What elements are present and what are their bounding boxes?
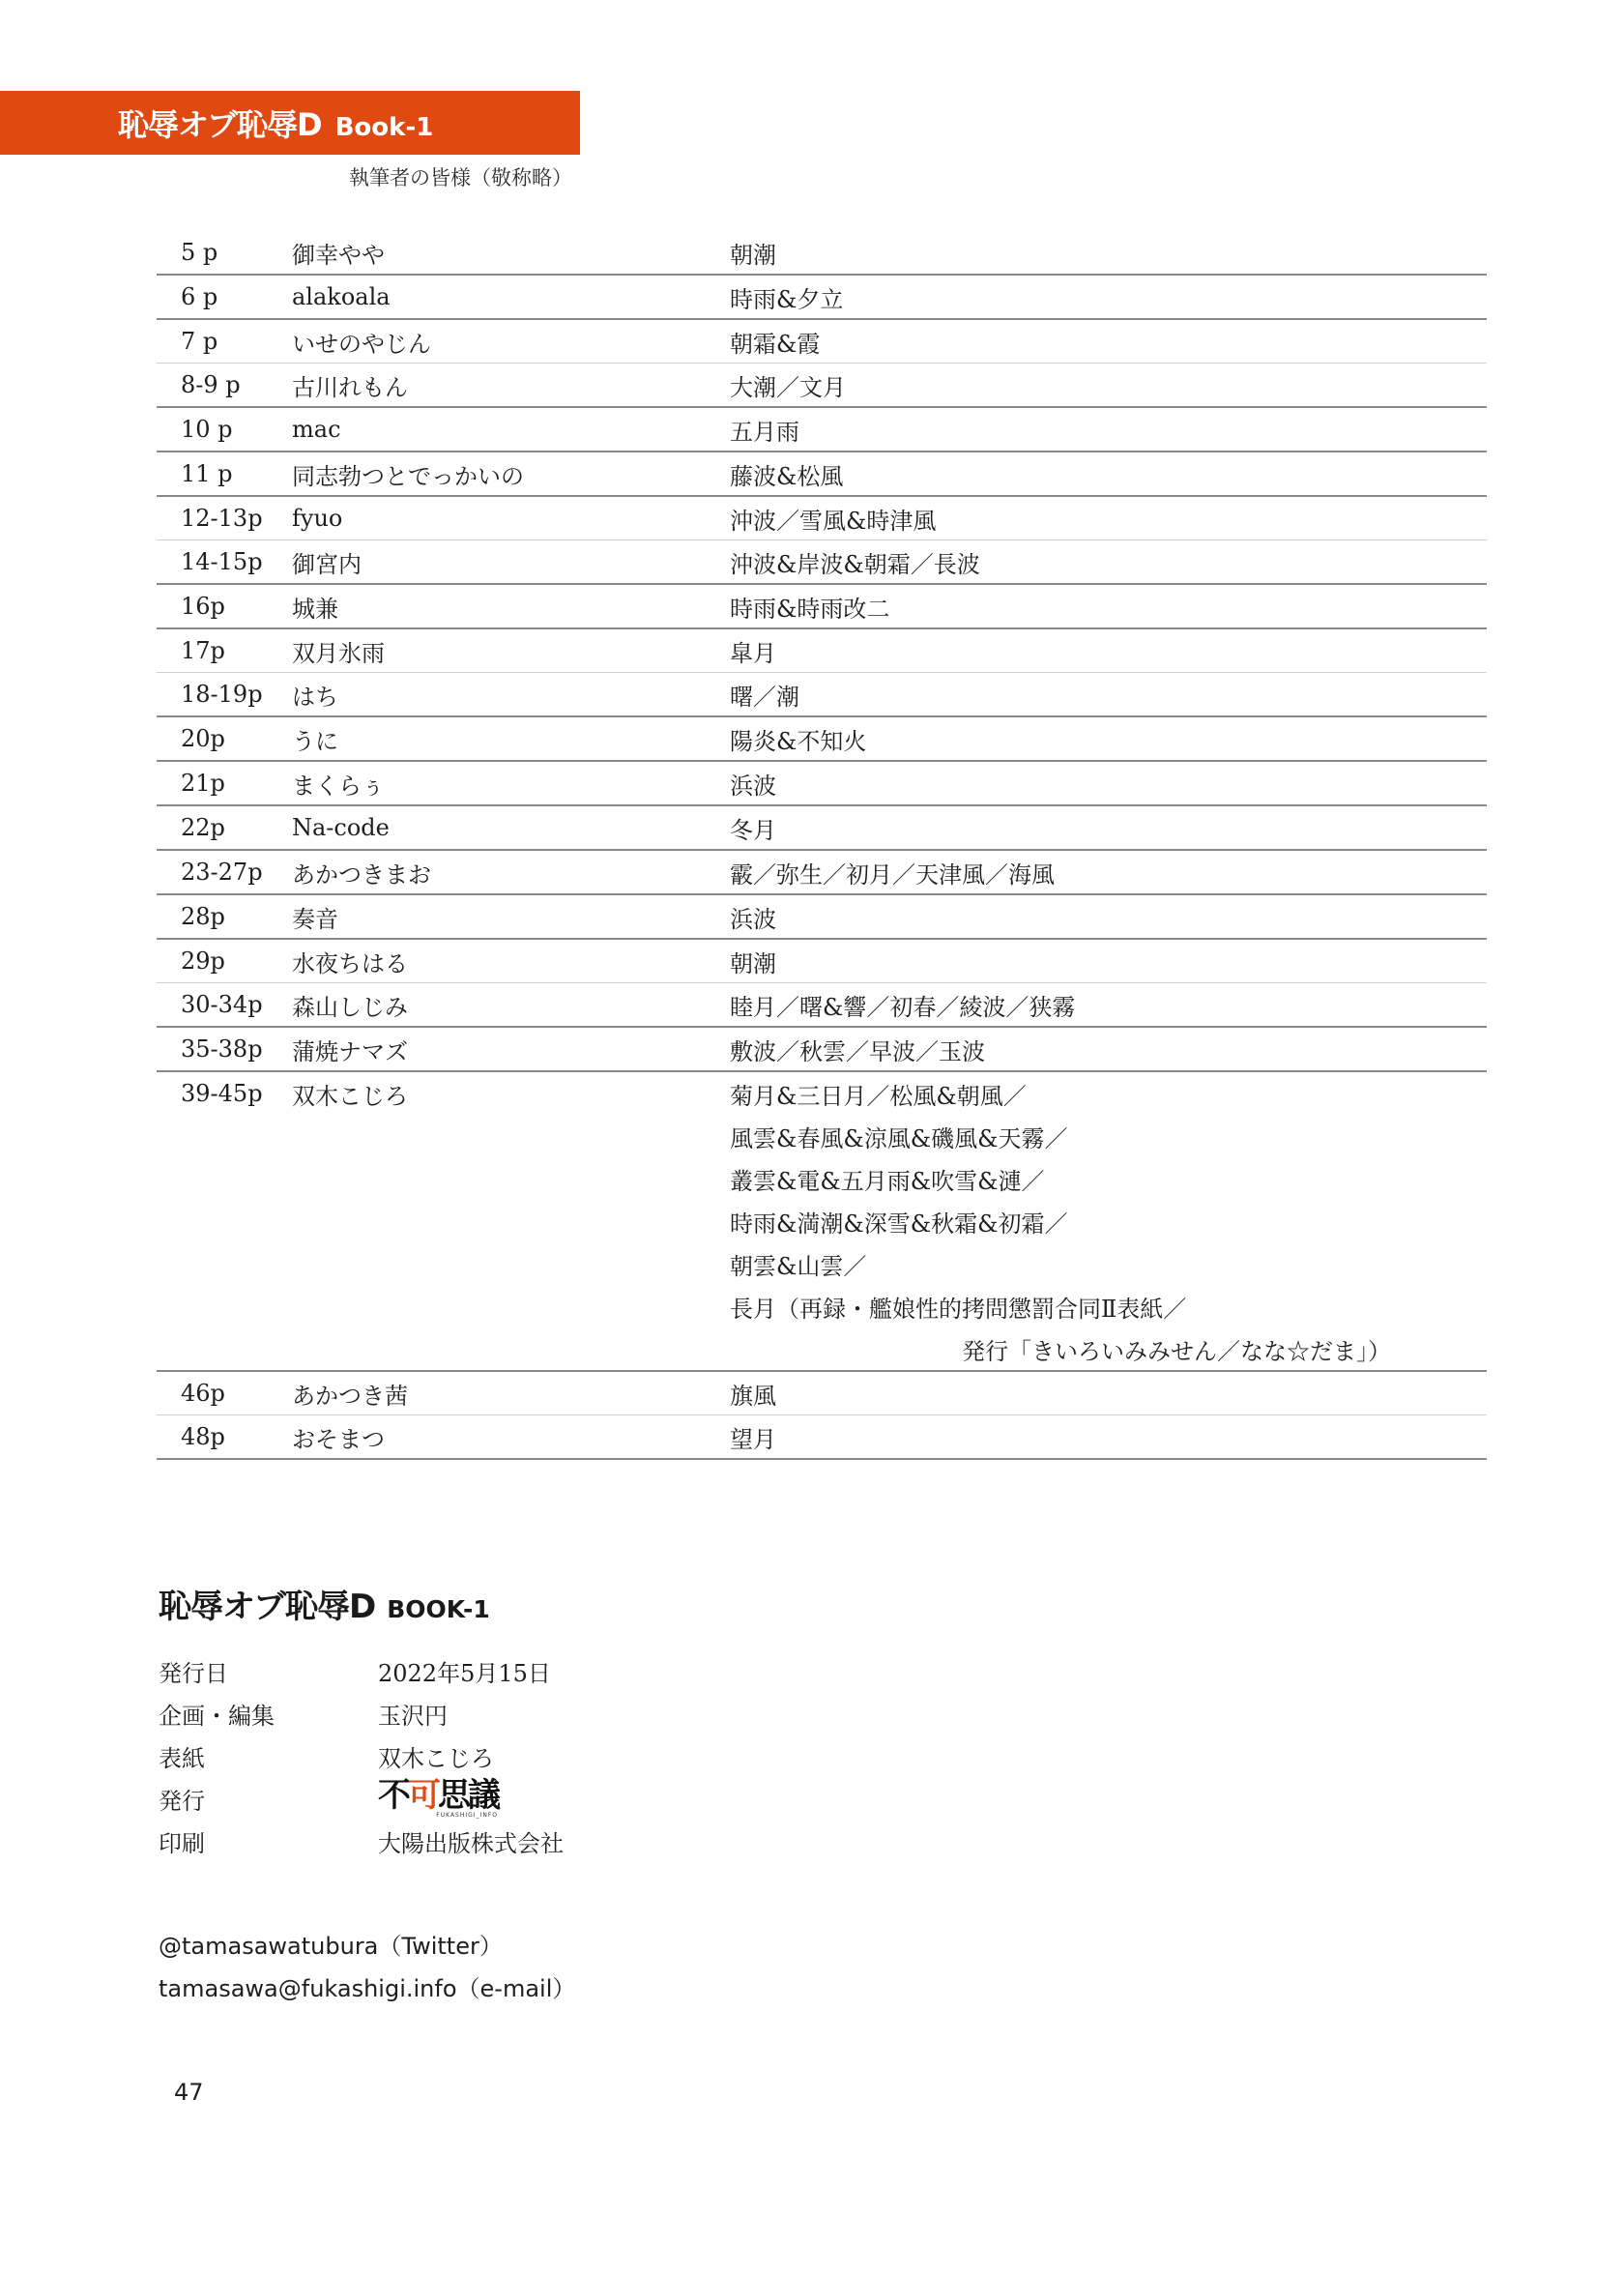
header-banner: 恥辱オブ恥辱DBook-1 xyxy=(0,91,580,155)
ship-line: 五月雨 xyxy=(730,408,1487,451)
book-title-jp: 恥辱オブ恥辱D xyxy=(118,106,322,143)
ship-girls: 浜波 xyxy=(730,895,1487,938)
author-name: はち xyxy=(292,673,338,715)
ship-girls: 皐月 xyxy=(730,629,1487,672)
table-row: 17p双月氷雨皐月 xyxy=(157,629,1487,673)
ship-girls: 朝潮 xyxy=(730,231,1487,274)
author-name: fyuo xyxy=(292,497,342,539)
page-range: 20p xyxy=(181,717,225,760)
ship-line: 大潮／文月 xyxy=(730,364,1487,406)
author-name: うに xyxy=(292,717,338,760)
book-title-en: Book-1 xyxy=(335,113,434,142)
table-row: 46pあかつき茜旗風 xyxy=(157,1372,1487,1415)
colophon-label: 表紙 xyxy=(159,1739,205,1773)
ship-girls: 時雨&夕立 xyxy=(730,276,1487,318)
ship-line: 曙／潮 xyxy=(730,673,1487,715)
table-row: 30-34p森山しじみ睦月／曙&響／初春／綾波／狭霧 xyxy=(157,983,1487,1028)
ship-girls: 冬月 xyxy=(730,806,1487,849)
ship-girls: 朝霜&霞 xyxy=(730,320,1487,363)
contributors-heading: 執筆者の皆様（敬称略） xyxy=(349,162,572,191)
author-name: 古川れもん xyxy=(292,364,408,406)
colophon-row-printer: 印刷 大陽出版株式会社 xyxy=(159,1820,739,1862)
author-name: 御幸やや xyxy=(292,231,385,274)
page-range: 8-9 p xyxy=(181,364,241,406)
ship-girls: 朝潮 xyxy=(730,940,1487,982)
page-range: 21p xyxy=(181,762,225,804)
table-row: 28p奏音浜波 xyxy=(157,895,1487,940)
ship-girls: 藤波&松風 xyxy=(730,452,1487,495)
author-name: Na-code xyxy=(292,806,390,849)
table-row: 5 p御幸やや朝潮 xyxy=(157,231,1487,276)
page-range: 23-27p xyxy=(181,851,263,893)
colophon-row-editor: 企画・編集 玉沢円 xyxy=(159,1692,739,1735)
table-row: 21pまくらぅ浜波 xyxy=(157,762,1487,806)
table-row: 7 pいせのやじん朝霜&霞 xyxy=(157,320,1487,364)
table-row: 11 p同志勃つとでっかいの藤波&松風 xyxy=(157,452,1487,497)
author-name: あかつき茜 xyxy=(292,1372,408,1414)
fukashigi-logo: 不可思議 FUKASHIGI_INFO xyxy=(378,1779,498,1819)
ship-girls: 大潮／文月 xyxy=(730,364,1487,406)
ship-line: 発行「きいろいみみせん／なな☆だま」） xyxy=(730,1327,1487,1370)
ship-girls: 望月 xyxy=(730,1415,1487,1458)
ship-line: 睦月／曙&響／初春／綾波／狭霧 xyxy=(730,983,1487,1026)
email-address: tamasawa@fukashigi.info（e-mail） xyxy=(159,1965,575,2007)
page-range: 17p xyxy=(181,629,225,672)
author-name: いせのやじん xyxy=(292,320,431,363)
colophon-row-cover: 表紙 双木こじろ xyxy=(159,1735,739,1777)
page-range: 10 p xyxy=(181,408,233,451)
logo-char: 不 xyxy=(378,1776,408,1815)
colophon-value: 玉沢円 xyxy=(378,1697,448,1731)
ship-line: 沖波&岸波&朝霜／長波 xyxy=(730,540,1487,583)
table-row: 35-38p蒲焼ナマズ敷波／秋雲／早波／玉波 xyxy=(157,1028,1487,1072)
author-name: 御宮内 xyxy=(292,540,362,583)
page-range: 14-15p xyxy=(181,540,263,583)
author-name: 同志勃つとでっかいの xyxy=(292,452,524,495)
page-range: 35-38p xyxy=(181,1028,263,1070)
publisher-logo: 不可思議 FUKASHIGI_INFO xyxy=(378,1779,498,1819)
ship-girls: 五月雨 xyxy=(730,408,1487,451)
page-range: 28p xyxy=(181,895,225,938)
table-row: 29p水夜ちはる朝潮 xyxy=(157,940,1487,983)
table-row: 20pうに陽炎&不知火 xyxy=(157,717,1487,762)
ship-girls: 霰／弥生／初月／天津風／海風 xyxy=(730,851,1487,893)
ship-girls: 菊月&三日月／松風&朝風／風雲&春風&涼風&磯風&天霧／叢雲&電&五月雨&吹雪&… xyxy=(730,1072,1487,1370)
table-row: 12-13pfyuo沖波／雪風&時津風 xyxy=(157,497,1487,540)
twitter-handle: @tamasawatubura（Twitter） xyxy=(159,1922,575,1965)
author-name: 奏音 xyxy=(292,895,338,938)
ship-girls: 沖波&岸波&朝霜／長波 xyxy=(730,540,1487,583)
ship-girls: 時雨&時雨改二 xyxy=(730,585,1487,627)
ship-line: 長月（再録・艦娘性的拷問懲罰合同Ⅱ表紙／ xyxy=(730,1285,1487,1327)
ship-line: 朝霜&霞 xyxy=(730,320,1487,363)
author-name: 双木こじろ xyxy=(292,1072,408,1115)
page-range: 46p xyxy=(181,1372,225,1414)
colophon-label: 発行日 xyxy=(159,1654,228,1688)
page-range: 16p xyxy=(181,585,225,627)
colophon-label: 企画・編集 xyxy=(159,1697,275,1731)
ship-line: 藤波&松風 xyxy=(730,452,1487,495)
table-row: 48pおそまつ望月 xyxy=(157,1415,1487,1460)
ship-line: 浜波 xyxy=(730,895,1487,938)
ship-line: 敷波／秋雲／早波／玉波 xyxy=(730,1028,1487,1070)
page-range: 22p xyxy=(181,806,225,849)
colophon-value: 大陽出版株式会社 xyxy=(378,1824,564,1858)
ship-line: 朝潮 xyxy=(730,940,1487,982)
page-range: 11 p xyxy=(181,452,233,495)
page-range: 30-34p xyxy=(181,983,263,1026)
table-row: 6 palakoala時雨&夕立 xyxy=(157,276,1487,320)
contacts: @tamasawatubura（Twitter） tamasawa@fukash… xyxy=(159,1922,575,2007)
contributors-table: 5 p御幸やや朝潮6 palakoala時雨&夕立7 pいせのやじん朝霜&霞8-… xyxy=(157,231,1487,1460)
logo-wordmark: 不可思議 xyxy=(378,1779,498,1812)
table-row: 14-15p御宮内沖波&岸波&朝霜／長波 xyxy=(157,540,1487,585)
logo-char-accent: 可 xyxy=(408,1776,438,1815)
author-name: mac xyxy=(292,408,341,451)
ship-line: 菊月&三日月／松風&朝風／ xyxy=(730,1072,1487,1115)
ship-line: 風雲&春風&涼風&磯風&天霧／ xyxy=(730,1115,1487,1157)
author-name: 双月氷雨 xyxy=(292,629,385,672)
ship-line: 時雨&満潮&深雪&秋霜&初霜／ xyxy=(730,1200,1487,1242)
author-name: おそまつ xyxy=(292,1415,385,1458)
page-range: 12-13p xyxy=(181,497,263,539)
colophon-row-publisher: 発行 不可思議 FUKASHIGI_INFO xyxy=(159,1777,739,1820)
page-range: 6 p xyxy=(181,276,217,318)
author-name: 蒲焼ナマズ xyxy=(292,1028,408,1070)
author-name: 城兼 xyxy=(292,585,338,627)
colophon-value: 2022年5月15日 xyxy=(378,1654,551,1688)
page-range: 29p xyxy=(181,940,225,982)
logo-caption: FUKASHIGI_INFO xyxy=(436,1813,498,1819)
table-row: 23-27pあかつきまお霰／弥生／初月／天津風／海風 xyxy=(157,851,1487,895)
author-name: あかつきまお xyxy=(292,851,431,893)
book-title: 恥辱オブ恥辱DBook-1 xyxy=(118,101,433,145)
ship-line: 時雨&夕立 xyxy=(730,276,1487,318)
page-range: 39-45p xyxy=(181,1072,263,1115)
ship-line: 朝雲&山雲／ xyxy=(730,1242,1487,1285)
page-range: 7 p xyxy=(181,320,217,363)
table-row: 39-45p双木こじろ菊月&三日月／松風&朝風／風雲&春風&涼風&磯風&天霧／叢… xyxy=(157,1072,1487,1372)
colophon-title: 恥辱オブ恥辱DBOOK-1 xyxy=(159,1580,490,1627)
ship-line: 冬月 xyxy=(730,806,1487,849)
colophon-row-date: 発行日 2022年5月15日 xyxy=(159,1649,739,1692)
ship-line: 時雨&時雨改二 xyxy=(730,585,1487,627)
ship-line: 霰／弥生／初月／天津風／海風 xyxy=(730,851,1487,893)
colophon-label: 印刷 xyxy=(159,1824,205,1858)
ship-line: 旗風 xyxy=(730,1372,1487,1414)
ship-line: 沖波／雪風&時津風 xyxy=(730,497,1487,539)
ship-girls: 浜波 xyxy=(730,762,1487,804)
ship-line: 陽炎&不知火 xyxy=(730,717,1487,760)
table-row: 22pNa-code冬月 xyxy=(157,806,1487,851)
table-row: 10 pmac五月雨 xyxy=(157,408,1487,452)
colophon-title-en: BOOK-1 xyxy=(387,1595,490,1623)
ship-line: 皐月 xyxy=(730,629,1487,672)
ship-line: 望月 xyxy=(730,1415,1487,1458)
colophon-value: 双木こじろ xyxy=(378,1739,494,1773)
author-name: alakoala xyxy=(292,276,391,318)
author-name: 森山しじみ xyxy=(292,983,408,1026)
table-row: 18-19pはち曙／潮 xyxy=(157,673,1487,717)
table-row: 16p城兼時雨&時雨改二 xyxy=(157,585,1487,629)
author-name: まくらぅ xyxy=(292,762,385,804)
ship-line: 朝潮 xyxy=(730,231,1487,274)
ship-girls: 曙／潮 xyxy=(730,673,1487,715)
page-range: 48p xyxy=(181,1415,225,1458)
table-row: 8-9 p古川れもん大潮／文月 xyxy=(157,364,1487,408)
page-range: 18-19p xyxy=(181,673,263,715)
colophon: 発行日 2022年5月15日 企画・編集 玉沢円 表紙 双木こじろ 発行 不可思… xyxy=(159,1649,739,1862)
ship-girls: 敷波／秋雲／早波／玉波 xyxy=(730,1028,1487,1070)
ship-girls: 陽炎&不知火 xyxy=(730,717,1487,760)
ship-girls: 旗風 xyxy=(730,1372,1487,1414)
page-number: 47 xyxy=(174,2079,204,2106)
page-range: 5 p xyxy=(181,231,217,274)
author-name: 水夜ちはる xyxy=(292,940,408,982)
ship-girls: 沖波／雪風&時津風 xyxy=(730,497,1487,539)
ship-line: 叢雲&電&五月雨&吹雪&漣／ xyxy=(730,1157,1487,1200)
ship-girls: 睦月／曙&響／初春／綾波／狭霧 xyxy=(730,983,1487,1026)
logo-char: 思議 xyxy=(438,1776,498,1815)
colophon-label: 発行 xyxy=(159,1782,205,1816)
ship-line: 浜波 xyxy=(730,762,1487,804)
colophon-title-jp: 恥辱オブ恥辱D xyxy=(159,1588,375,1626)
